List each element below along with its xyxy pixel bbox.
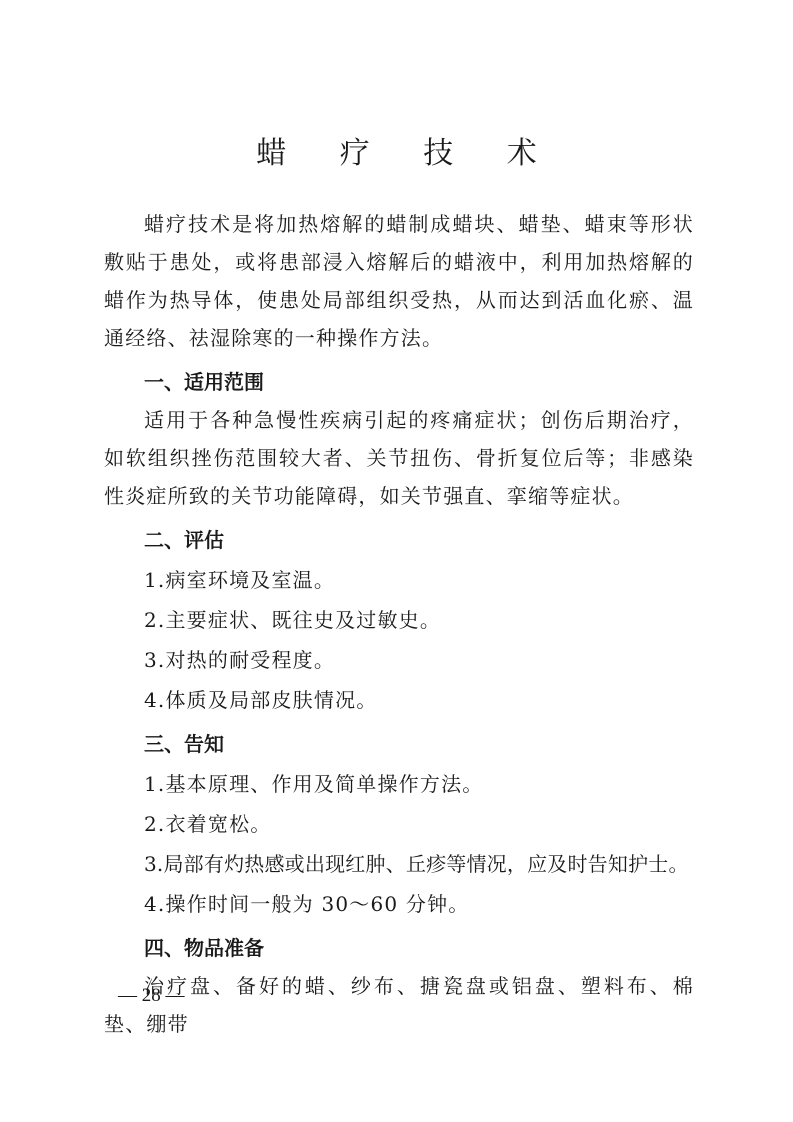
- list-item: 1.基本原理、作用及简单操作方法。: [104, 765, 694, 803]
- list-item: 2.衣着宽松。: [104, 805, 694, 843]
- section-heading: 三、告知: [104, 725, 694, 763]
- intro-paragraph: 蜡疗技术是将加热熔解的蜡制成蜡块、蜡垫、蜡束等形状敷贴于患处，或将患部浸入熔解后…: [104, 205, 694, 357]
- section-body: 治疗盘、备好的蜡、纱布、搪瓷盘或铝盘、塑料布、棉垫、绷带: [104, 967, 694, 1043]
- section-body: 适用于各种急慢性疾病引起的疼痛症状；创伤后期治疗，如软组织挫伤范围较大者、关节扭…: [104, 401, 694, 515]
- section-heading: 一、适用范围: [104, 363, 694, 401]
- section-heading: 四、物品准备: [104, 929, 694, 967]
- section-heading: 二、评估: [104, 521, 694, 559]
- list-item: 3.局部有灼热感或出现红肿、丘疹等情况，应及时告知护士。: [104, 845, 694, 883]
- section-supplies: 四、物品准备 治疗盘、备好的蜡、纱布、搪瓷盘或铝盘、塑料布、棉垫、绷带: [104, 929, 694, 1043]
- section-assessment: 二、评估 1.病室环境及室温。 2.主要症状、既往史及过敏史。 3.对热的耐受程…: [104, 521, 694, 719]
- page-number: — 28 —: [118, 985, 185, 1007]
- document-body: 蜡疗技术是将加热熔解的蜡制成蜡块、蜡垫、蜡束等形状敷贴于患处，或将患部浸入熔解后…: [104, 205, 694, 1043]
- list-item: 2.主要症状、既往史及过敏史。: [104, 601, 694, 639]
- list-item: 3.对热的耐受程度。: [104, 641, 694, 679]
- document-title: 蜡 疗 技 术: [0, 128, 793, 172]
- list-item: 4.体质及局部皮肤情况。: [104, 681, 694, 719]
- section-notification: 三、告知 1.基本原理、作用及简单操作方法。 2.衣着宽松。 3.局部有灼热感或…: [104, 725, 694, 923]
- section-scope: 一、适用范围 适用于各种急慢性疾病引起的疼痛症状；创伤后期治疗，如软组织挫伤范围…: [104, 363, 694, 515]
- list-item: 1.病室环境及室温。: [104, 561, 694, 599]
- list-item: 4.操作时间一般为 30～60 分钟。: [104, 885, 694, 923]
